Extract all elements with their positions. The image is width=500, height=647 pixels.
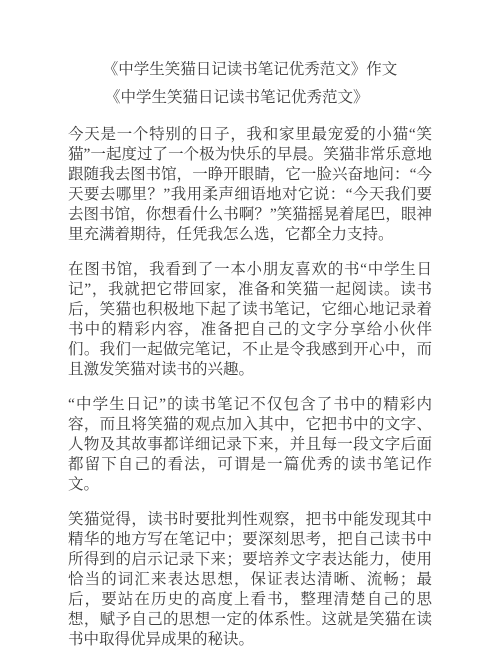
- paragraph-3: “中学生日记”的读书笔记不仅包含了书中的精彩内容，而且将笑猫的观点加入其中，它把…: [68, 395, 432, 495]
- document-body: 今天是一个特别的日子，我和家里最宠爱的小猫“笑猫”一起度过了一个极为快乐的早晨。…: [68, 125, 432, 647]
- paragraph-1: 今天是一个特别的日子，我和家里最宠爱的小猫“笑猫”一起度过了一个极为快乐的早晨。…: [68, 125, 432, 245]
- document-subtitle: 《中学生笑猫日记读书笔记优秀范文》: [68, 88, 432, 108]
- document-title: 《中学生笑猫日记读书笔记优秀范文》作文: [68, 60, 432, 80]
- document-page: 《中学生笑猫日记读书笔记优秀范文》作文 《中学生笑猫日记读书笔记优秀范文》 今天…: [0, 0, 500, 647]
- paragraph-2: 在图书馆，我看到了一本小朋友喜欢的书“中学生日记”，我就把它带回家，准备和笑猫一…: [68, 260, 432, 380]
- paragraph-4: 笑猫觉得，读书时要批判性观察，把书中能发现其中精华的地方写在笔记中；要深刻思考，…: [68, 510, 432, 647]
